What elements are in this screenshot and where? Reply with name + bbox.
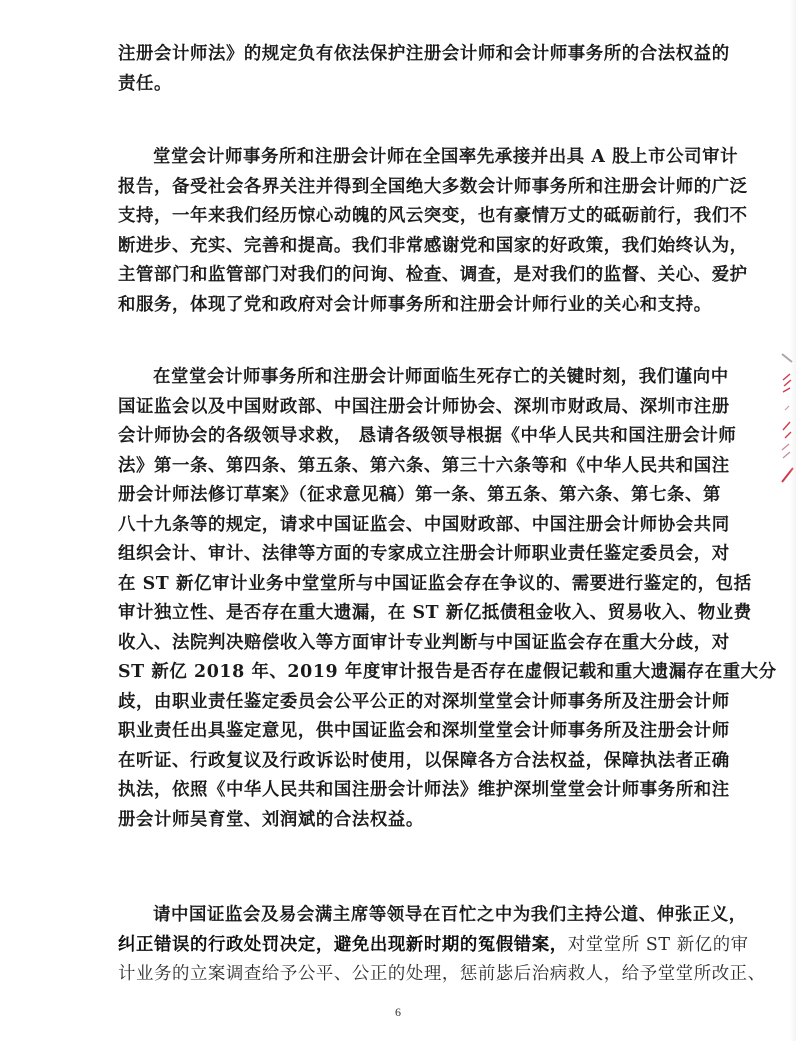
text-line: 责任。 — [118, 70, 690, 100]
scan-edge-shade — [790, 0, 796, 1041]
page-number: 6 — [0, 1005, 796, 1020]
text-line: 在听证、行政复议及行政诉讼时使用，以保障各方合法权益，保障执法者正确 — [118, 747, 690, 777]
paragraph-request: 请中国证监会及易会满主席等领导在百忙之中为我们主持公道、伸张正义， 纠正错误的行… — [118, 901, 690, 990]
text-line: 请中国证监会及易会满主席等领导在百忙之中为我们主持公道、伸张正义， — [118, 901, 690, 931]
text-line: 收入、法院判决赔偿收入等方面审计专业判断与中国证监会存在重大分歧，对 — [118, 629, 690, 659]
text-line: 支持，一年来我们经历惊心动魄的风云突变，也有豪情万丈的砥砺前行，我们不 — [118, 202, 690, 232]
text-line: 注册会计师法》的规定负有依法保护注册会计师和会计师事务所的合法权益的 — [118, 40, 690, 70]
text-line: 堂堂会计师事务所和注册会计师在全国率先承接并出具 A 股上市公司审计 — [118, 143, 690, 173]
paragraph-support: 堂堂会计师事务所和注册会计师在全国率先承接并出具 A 股上市公司审计 报告，备受… — [118, 143, 690, 320]
text-line: 会计师协会的各级领导求救， 恳请各级领导根据《中华人民共和国注册会计师 — [118, 422, 690, 452]
text-line: 断进步、充实、完善和提高。我们非常感谢党和国家的好政策，我们始终认为， — [118, 232, 690, 262]
text-line: 歧，由职业责任鉴定委员会公平公正的对深圳堂堂会计师事务所及注册会计师 — [118, 688, 690, 718]
text-line: 审计独立性、是否存在重大遗漏，在 ST 新亿抵债租金收入、贸易收入、物业费 — [118, 599, 690, 629]
text-line: 主管部门和监管部门对我们的问询、检查、调查，是对我们的监督、关心、爱护 — [118, 261, 690, 291]
text-line: 册会计师吴育堂、刘润斌的合法权益。 — [118, 806, 690, 836]
text-line: 纠正错误的行政处罚决定，避免出现新时期的冤假错案，对堂堂所 ST 新亿的审 — [118, 931, 690, 961]
text-line: 计业务的立案调查给予公平、公正的处理，惩前毖后治病救人，给予堂堂所改正、 — [118, 960, 690, 990]
text-line: 职业责任出具鉴定意见，供中国证监会和深圳堂堂会计师事务所及注册会计师 — [118, 717, 690, 747]
text-line: 在 ST 新亿审计业务中堂堂所与中国证监会存在争议的、需要进行鉴定的，包括 — [118, 570, 690, 600]
text-fragment: 对堂堂所 ST 新亿的审 — [568, 935, 749, 955]
text-line: 法》第一条、第四条、第五条、第六条、第三十六条等和《中华人民共和国注 — [118, 452, 690, 482]
text-line: 国证监会以及中国财政部、中国注册会计师协会、深圳市财政局、深圳市注册 — [118, 393, 690, 423]
text-line: 和服务，体现了党和政府对会计师事务所和注册会计师行业的关心和支持。 — [118, 291, 690, 321]
text-line: 执法，依照《中华人民共和国注册会计师法》维护深圳堂堂会计师事务所和注 — [118, 776, 690, 806]
paragraph-continuation: 注册会计师法》的规定负有依法保护注册会计师和会计师事务所的合法权益的 责任。 — [118, 40, 690, 99]
document-page: 注册会计师法》的规定负有依法保护注册会计师和会计师事务所的合法权益的 责任。 堂… — [0, 0, 796, 1041]
text-line: 八十九条等的规定，请求中国证监会、中国财政部、中国注册会计师协会共同 — [118, 511, 690, 541]
text-line: 报告，备受社会各界关注并得到全国绝大多数会计师事务所和注册会计师的广泛 — [118, 173, 690, 203]
text-line: 在堂堂会计师事务所和注册会计师面临生死存亡的关键时刻，我们谨向中 — [118, 363, 690, 393]
paragraph-appeal: 在堂堂会计师事务所和注册会计师面临生死存亡的关键时刻，我们谨向中 国证监会以及中… — [118, 363, 690, 835]
text-line: 册会计师法修订草案》（征求意见稿）第一条、第五条、第六条、第七条、第 — [118, 481, 690, 511]
text-line: 组织会计、审计、法律等方面的专家成立注册会计师职业责任鉴定委员会，对 — [118, 540, 690, 570]
emphasis-text: 纠正错误的行政处罚决定，避免出现新时期的冤假错案， — [118, 935, 568, 955]
text-line: ST 新亿 2018 年、2019 年度审计报告是否存在虚假记载和重大遗漏存在重… — [118, 658, 690, 688]
